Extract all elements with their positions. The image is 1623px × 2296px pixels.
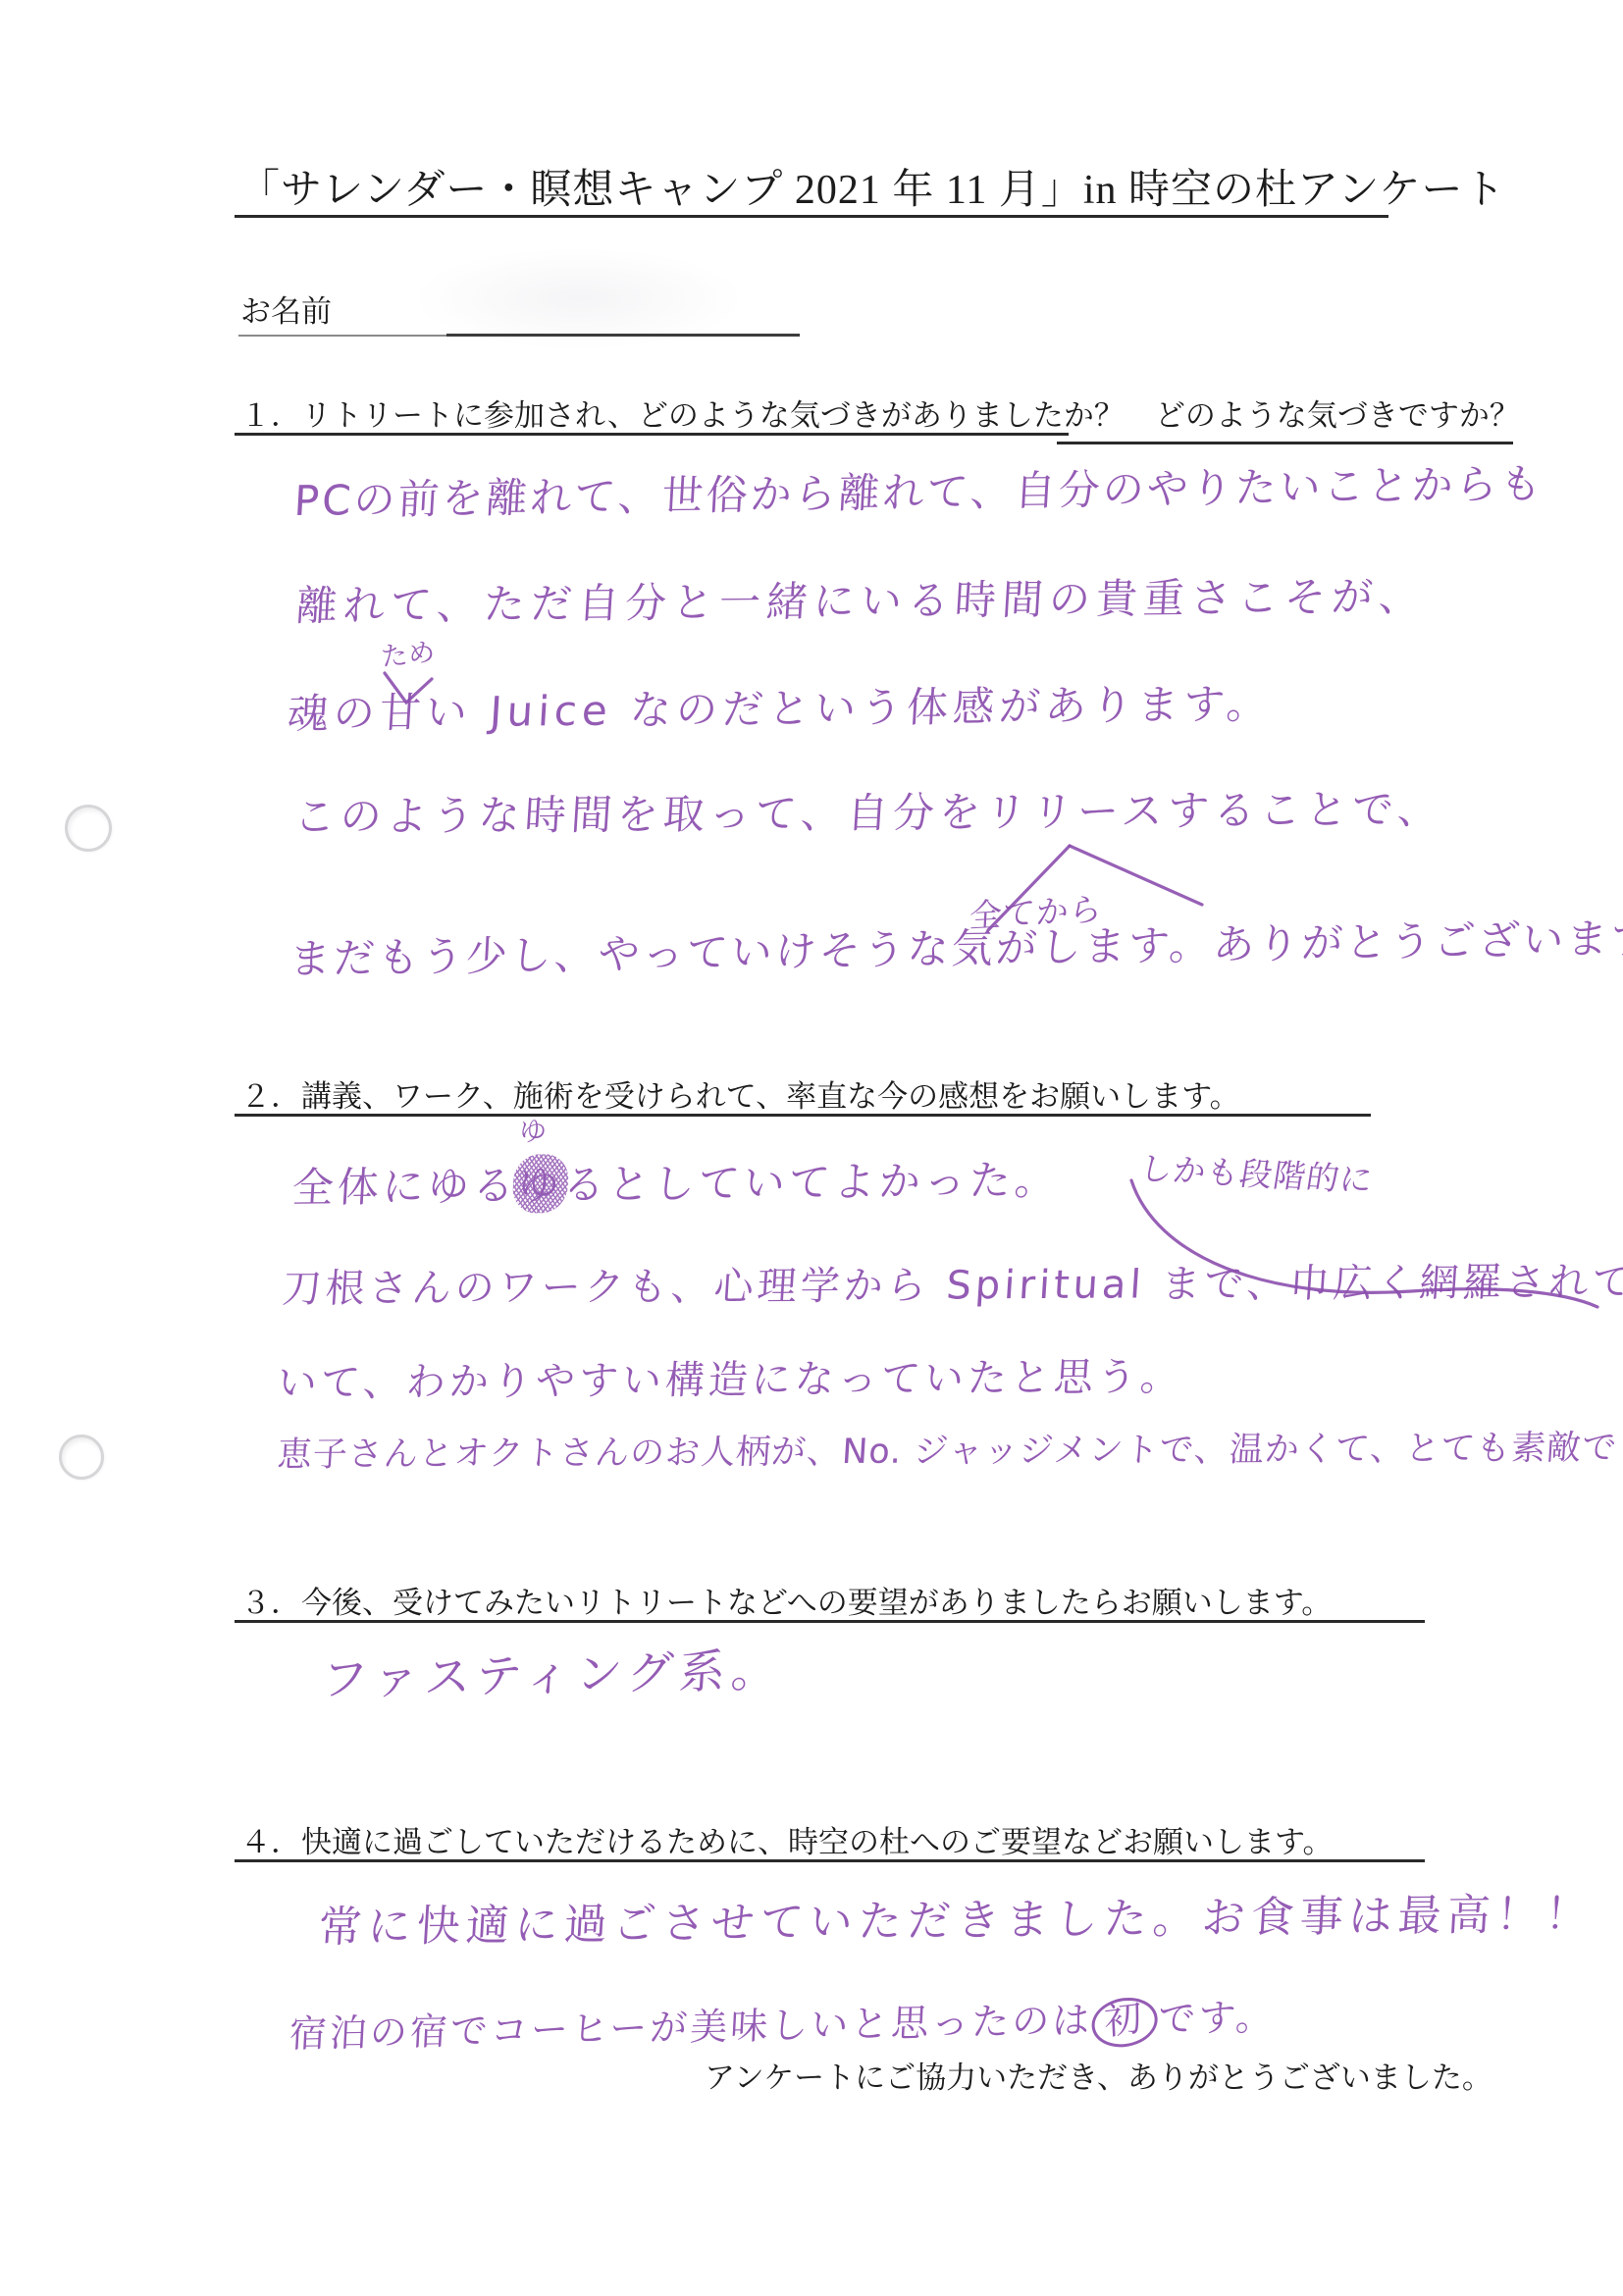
- q4-answer-line-2: 宿泊の宿でコーヒーが美味しいと思ったのは初です。: [288, 1986, 1277, 2061]
- form-title: 「サレンダー・瞑想キャンプ 2021 年 11 月」in 時空の杜アンケート: [238, 157, 1506, 216]
- q4-line2-before: 宿泊の宿でコーヒーが美味しいと思ったのは: [288, 1999, 1094, 2056]
- q3-answer: ファスティング系。: [320, 1634, 786, 1709]
- circled-word: 初: [1091, 1994, 1160, 2051]
- hole-punch-top: [65, 805, 112, 852]
- question-2-underline: [235, 1114, 1371, 1117]
- q1-answer-line-1: PCの前を離れて、世俗から離れて、自分のやりたいことからも: [292, 451, 1545, 528]
- question-1-heading: １．リトリートに参加され、どのような気づきがありましたか？ どのような気づきです…: [240, 391, 1520, 435]
- question-1-underline-2: [1057, 442, 1513, 444]
- question-4-heading: ４．快適に過ごしていただけるために、時空の杜へのご要望などお願いします。: [240, 1817, 1334, 1861]
- q1-insertion-tame: ため: [379, 630, 438, 674]
- q2-answer-line-2: 刀根さんのワークも、心理学から Spiritual まで、巾広く網羅されて: [281, 1251, 1623, 1314]
- q1-answer-line-3: 魂の甘い Juice なのだという体感があります。: [286, 671, 1274, 741]
- question-3-heading: ３．今後、受けてみたいリトリートなどへの要望がありましたらお願いします。: [240, 1578, 1332, 1622]
- question-2-heading: ２．講義、ワーク、施術を受けられて、率直な今の感想をお願いします。: [240, 1071, 1240, 1116]
- footer-thanks-note: アンケートにご協力いただき、ありがとうございました。: [705, 2053, 1492, 2097]
- q2-line1-after: るとしていてよかった。: [561, 1156, 1061, 1209]
- q2-answer-line-3: いて、わかりやすい構造になっていたと思う。: [276, 1346, 1185, 1408]
- name-underline-dark: [446, 334, 800, 337]
- question-1-underline: [235, 433, 1069, 436]
- q4-answer-line-1: 常に快適に過ごさせていただきました。お食事は最高！！: [317, 1878, 1597, 1955]
- q1-answer-line-4: このような時間を取って、自分をリリースすることで、: [292, 777, 1445, 844]
- title-underline: [235, 215, 1388, 218]
- q2-correction-above: ゆ: [518, 1110, 548, 1149]
- name-label: お名前: [240, 287, 332, 331]
- scribbled-out-character: ゆ: [516, 1153, 565, 1213]
- q4-line2-after: です。: [1157, 1995, 1277, 2040]
- question-3-underline: [235, 1620, 1425, 1623]
- question-4-underline: [235, 1859, 1425, 1862]
- q2-answer-line-4: 恵子さんとオクトさんのお人柄が、No. ジャッジメントで、温かくて、とても素敵で…: [276, 1420, 1623, 1477]
- q2-answer-line-1: 全体にゆるゆるとしていてよかった。 ゆ: [290, 1148, 1062, 1215]
- survey-scan-page: 「サレンダー・瞑想キャンプ 2021 年 11 月」in 時空の杜アンケート お…: [0, 0, 1623, 2296]
- q1-answer-line-5: まだもう少し、やっていけそうな気がします。ありがとうございます！: [288, 905, 1623, 986]
- q2-line1-before: 全体にゆる: [290, 1162, 519, 1212]
- hole-punch-bottom: [59, 1435, 104, 1480]
- q1-answer-line-2: 離れて、ただ自分と一緒にいる時間の貴重さこそが、: [294, 564, 1428, 633]
